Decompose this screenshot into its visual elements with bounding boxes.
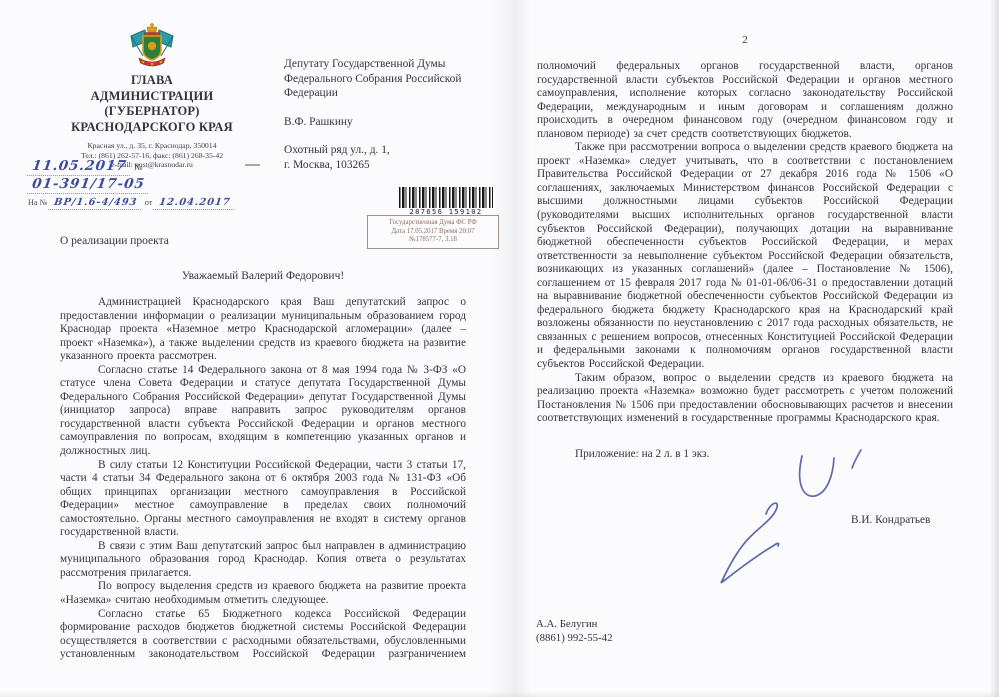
reply-from-label: от <box>145 198 153 207</box>
paragraph: Администрацией Краснодарского края Ваш д… <box>60 296 466 364</box>
page-number: 2 <box>537 34 953 46</box>
scanned-letter: ГЛАВА АДМИНИСТРАЦИИ (ГУБЕРНАТОР) КРАСНОД… <box>0 0 999 697</box>
reference-block: 11.05.2017 № 01-391/17-05 На № ВР/1.6-4/… <box>28 158 258 210</box>
letterhead-title: ГЛАВА АДМИНИСТРАЦИИ (ГУБЕРНАТОР) КРАСНОД… <box>64 73 240 135</box>
outgoing-date-handwritten: 11.05.2017 <box>27 158 132 176</box>
paragraph: Таким образом, вопрос о выделении средст… <box>537 372 953 426</box>
spacer <box>284 129 484 143</box>
spacer <box>284 101 484 115</box>
incoming-reference-line: На № ВР/1.6-4/493 от 12.04.2017 <box>28 197 258 210</box>
recipient-org-line: Федерального Собрания Российской <box>284 72 484 87</box>
executor-phone: (8861) 992-55-42 <box>536 632 612 646</box>
subject-line: О реализации проекта <box>60 235 169 247</box>
paragraph: В силу статьи 12 Конституции Российской … <box>60 459 466 540</box>
reply-number-handwritten: ВР/1.6-4/493 <box>49 197 144 210</box>
duma-registration-stamp: Государственная Дума ФС РФ Дата 17.05.20… <box>367 215 499 249</box>
coat-of-arms-icon <box>64 22 240 70</box>
letterhead-title-line: АДМИНИСТРАЦИИ <box>64 89 240 105</box>
outgoing-number-handwritten: 01-391/17-05 <box>27 176 150 194</box>
paragraph: В связи с этим Ваш депутатский запрос бы… <box>60 540 466 581</box>
barcode-bars <box>399 187 493 208</box>
signer-name: В.И. Кондратьев <box>851 514 930 526</box>
scan-edge-shadow <box>0 691 999 697</box>
outgoing-reference-line: 11.05.2017 № 01-391/17-05 <box>28 158 258 194</box>
letterhead: ГЛАВА АДМИНИСТРАЦИИ (ГУБЕРНАТОР) КРАСНОД… <box>64 22 240 170</box>
scan-artifact-dash <box>245 164 260 166</box>
executor-block: А.А. Белугин (8861) 992-55-42 <box>536 618 612 645</box>
letterhead-title-line: ГЛАВА <box>64 73 240 89</box>
paragraph: По вопросу выделения средств из краевого… <box>60 580 466 607</box>
number-sign: № <box>134 162 143 172</box>
letterhead-title-line: КРАСНОДАРСКОГО КРАЯ <box>64 120 240 136</box>
handwritten-signature <box>620 430 880 605</box>
stamp-line: Государственная Дума ФС РФ <box>370 219 496 228</box>
recipient-address-line: Охотный ряд ул., д. 1, <box>284 143 484 158</box>
executor-name: А.А. Белугин <box>536 618 612 632</box>
stamp-line: №178577-7, 3.18 <box>370 236 496 245</box>
letterhead-street: Красная ул., д. 35, г. Краснодар, 350014 <box>64 141 240 151</box>
paragraph: Также при рассмотрении вопроса о выделен… <box>537 141 953 371</box>
paragraph: Согласно статье 14 Федерального закона о… <box>60 364 466 459</box>
paragraph-continued-to-page2: Согласно статье 65 Бюджетного кодекса Ро… <box>60 608 466 662</box>
page1-body: Администрацией Краснодарского края Ваш д… <box>60 296 466 662</box>
letterhead-title-line: (ГУБЕРНАТОР) <box>64 104 240 120</box>
recipient-block: Депутату Государственной Думы Федерально… <box>284 57 484 173</box>
page-divider <box>492 0 532 697</box>
registration-barcode: 287656 159102 <box>399 187 493 216</box>
reply-label: На № <box>28 198 47 207</box>
recipient-address-line: г. Москва, 103265 <box>284 158 484 173</box>
reply-date-handwritten: 12.04.2017 <box>153 197 236 210</box>
stamp-line: Дата 17.05.2017 Время 20:07 <box>370 228 496 237</box>
paragraph-continued-from-page1: полномочий федеральных органов государст… <box>537 60 953 141</box>
scan-edge-shadow <box>990 0 999 697</box>
page2-body: полномочий федеральных органов государст… <box>537 60 953 426</box>
recipient-name: В.Ф. Рашкину <box>284 115 484 130</box>
salutation: Уважаемый Валерий Федорович! <box>60 270 466 282</box>
recipient-org-line: Федерации <box>284 86 484 101</box>
recipient-org-line: Депутату Государственной Думы <box>284 57 484 72</box>
